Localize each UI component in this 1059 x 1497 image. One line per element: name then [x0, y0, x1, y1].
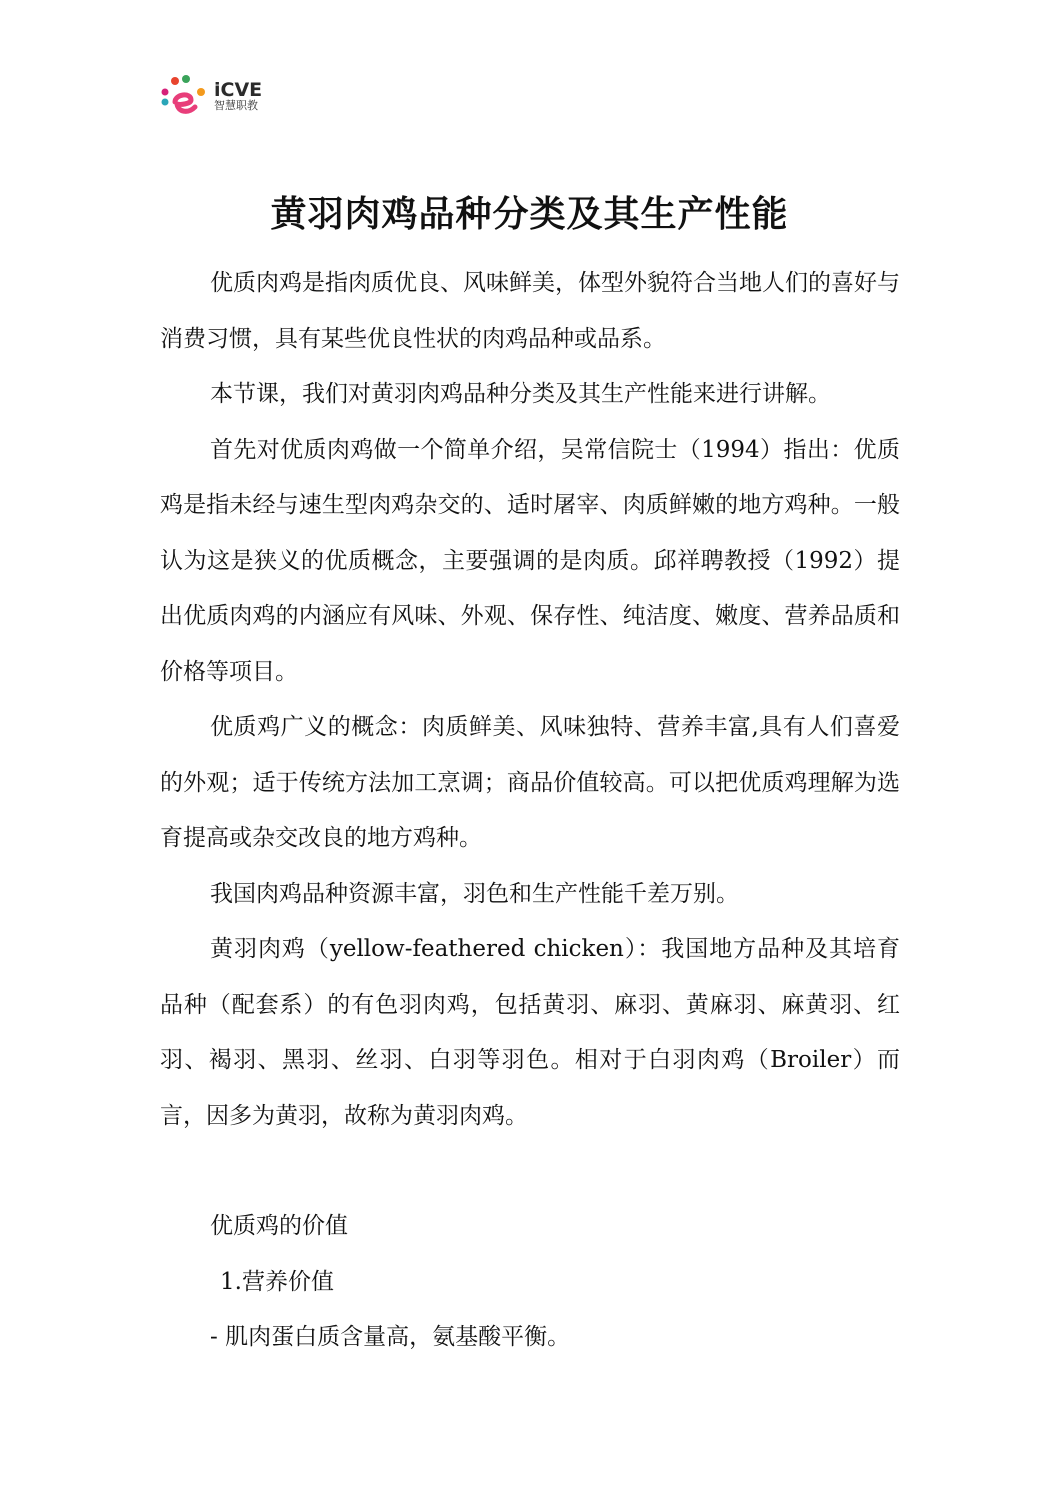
document-title: 黄羽肉鸡品种分类及其生产性能	[0, 190, 1059, 238]
logo-text: iCVE 智慧职教	[214, 80, 284, 112]
icve-logo-icon	[158, 74, 210, 122]
paragraph-definition: 优质肉鸡是指肉质优良、风味鲜美，体型外貌符合当地人们的喜好与消费习惯，具有某些优…	[160, 256, 900, 367]
paragraph-intro: 本节课，我们对黄羽肉鸡品种分类及其生产性能来进行讲解。	[160, 367, 900, 423]
bullet-item: - 肌肉蛋白质含量高，氨基酸平衡。	[160, 1310, 900, 1366]
spacer	[160, 1144, 900, 1199]
section-heading: 优质鸡的价值	[160, 1199, 900, 1255]
paragraph-broad-concept: 优质鸡广义的概念：肉质鲜美、风味独特、营养丰富,具有人们喜爱的外观；适于传统方法…	[160, 700, 900, 867]
paragraph-yellow-feathered: 黄羽肉鸡（yellow-feathered chicken）：我国地方品种及其培…	[160, 922, 900, 1144]
icve-logo: iCVE 智慧职教	[158, 74, 278, 124]
subsection-heading: 1.营养价值	[160, 1255, 900, 1311]
logo-subtitle: 智慧职教	[214, 100, 284, 112]
logo-brand: iCVE	[214, 80, 284, 100]
paragraph-resources: 我国肉鸡品种资源丰富，羽色和生产性能千差万别。	[160, 867, 900, 923]
paragraph-narrow-concept: 首先对优质肉鸡做一个简单介绍，吴常信院士（1994）指出：优质鸡是指未经与速生型…	[160, 423, 900, 701]
document-body: 优质肉鸡是指肉质优良、风味鲜美，体型外貌符合当地人们的喜好与消费习惯，具有某些优…	[160, 256, 900, 1366]
